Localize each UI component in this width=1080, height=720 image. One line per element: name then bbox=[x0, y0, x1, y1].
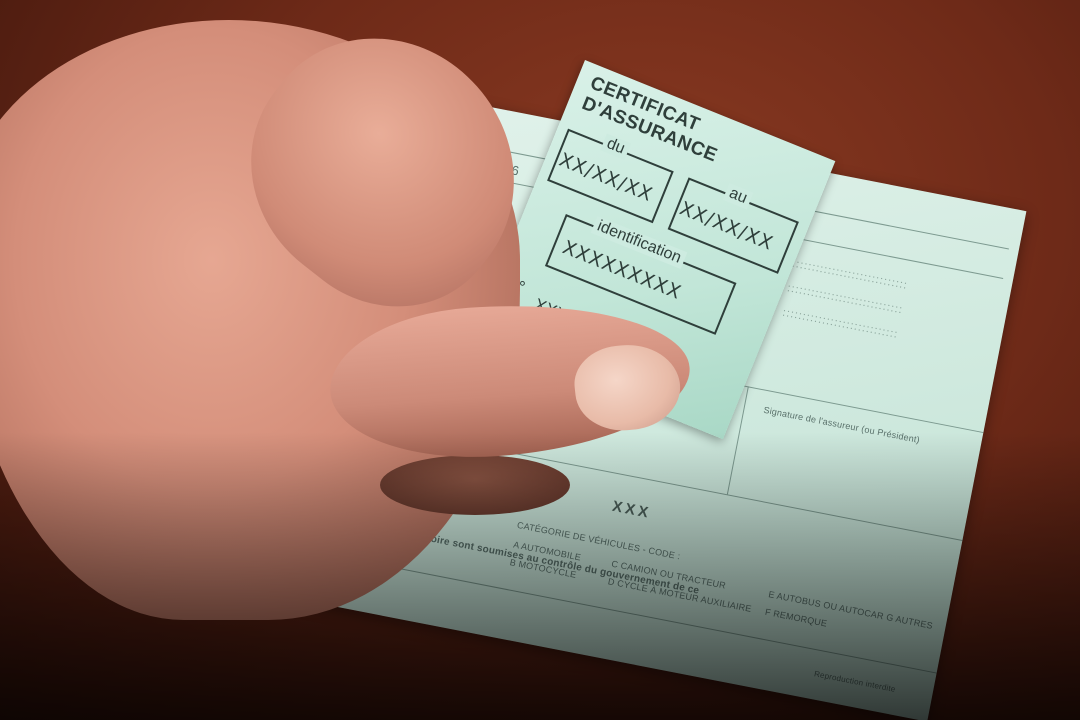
finger-underside bbox=[380, 455, 570, 515]
photo-scene: F/656 ::::::::::::::::::::::::::::: ::::… bbox=[0, 0, 1080, 720]
category-g: G AUTRES bbox=[885, 612, 933, 631]
footer-note: Reproduction interdite bbox=[813, 669, 896, 694]
center-value: XXX bbox=[611, 498, 653, 522]
category-f: F REMORQUE bbox=[764, 607, 828, 629]
signature-label: Signature de l'assureur (ou Président) bbox=[763, 405, 921, 445]
